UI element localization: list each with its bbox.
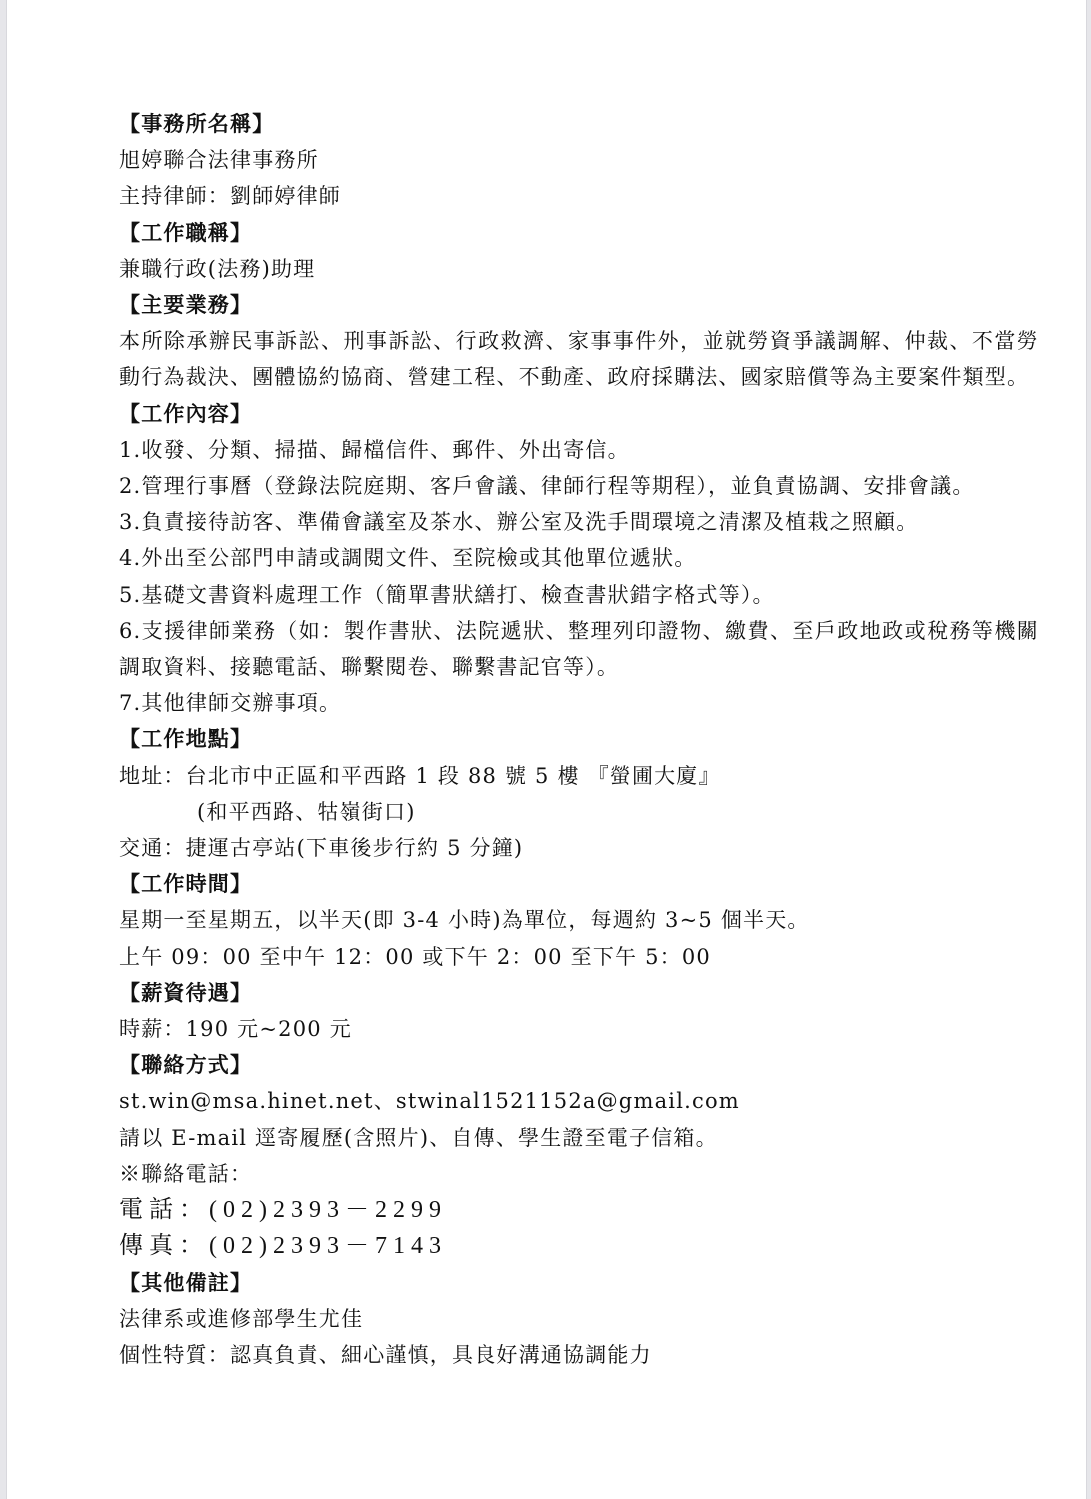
main-business-text: 本所除承辦民事訴訟、刑事訴訟、行政救濟、家事事件外，並就勞資爭議調解、仲裁、不當… (119, 323, 1039, 395)
job-duty-item: 6.支援律師業務（如：製作書狀、法院遞狀、整理列印證物、繳費、至戶政地政或稅務等… (119, 613, 1039, 685)
work-time-slots: 上午 09：00 至中午 12：00 或下午 2：00 至下午 5：00 (119, 939, 1039, 975)
heading-work-location: 【工作地點】 (119, 721, 1039, 757)
address: 地址：台北市中正區和平西路 1 段 88 號 5 樓 『螢圃大廈』 (119, 758, 1039, 794)
heading-work-hours: 【工作時間】 (119, 866, 1039, 902)
heading-main-business: 【主要業務】 (119, 287, 1039, 323)
job-duty-item: 5.基礎文書資料處理工作（簡單書狀繕打、檢查書狀錯字格式等）。 (119, 577, 1039, 613)
fax-number: 傳真：(02)2393－7143 (119, 1228, 1039, 1264)
heading-job-title: 【工作職稱】 (119, 215, 1039, 251)
job-title: 兼職行政(法務)助理 (119, 251, 1039, 287)
hourly-wage: 時薪：190 元~200 元 (119, 1011, 1039, 1047)
heading-firm-name: 【事務所名稱】 (119, 106, 1039, 142)
phone-number: 電話：(02)2393－2299 (119, 1192, 1039, 1228)
lead-attorney: 主持律師：劉師婷律師 (119, 178, 1039, 214)
document-page: 【事務所名稱】 旭婷聯合法律事務所 主持律師：劉師婷律師 【工作職稱】 兼職行政… (6, 0, 1087, 1499)
job-duty-item: 2.管理行事曆（登錄法院庭期、客戶會議、律師行程等期程），並負責協調、安排會議。 (119, 468, 1039, 504)
application-instructions: 請以 E-mail 逕寄履歷(含照片)、自傳、學生證至電子信箱。 (119, 1120, 1039, 1156)
contact-emails[interactable]: st.win@msa.hinet.net、stwinal1521152a@gma… (119, 1083, 1039, 1119)
job-posting-content: 【事務所名稱】 旭婷聯合法律事務所 主持律師：劉師婷律師 【工作職稱】 兼職行政… (119, 106, 1039, 1373)
heading-salary: 【薪資待遇】 (119, 975, 1039, 1011)
heading-job-content: 【工作內容】 (119, 396, 1039, 432)
preferred-candidates: 法律系或進修部學生尤佳 (119, 1301, 1039, 1337)
personality-traits: 個性特質：認真負責、細心謹慎，具良好溝通協調能力 (119, 1337, 1039, 1373)
job-duty-item: 3.負責接待訪客、準備會議室及茶水、辦公室及洗手間環境之清潔及植栽之照顧。 (119, 504, 1039, 540)
firm-name: 旭婷聯合法律事務所 (119, 142, 1039, 178)
heading-other-notes: 【其他備註】 (119, 1265, 1039, 1301)
job-duty-item: 7.其他律師交辦事項。 (119, 685, 1039, 721)
job-duty-item: 4.外出至公部門申請或調閱文件、至院檢或其他單位遞狀。 (119, 540, 1039, 576)
work-days: 星期一至星期五，以半天(即 3-4 小時)為單位，每週約 3~5 個半天。 (119, 902, 1039, 938)
address-cross-street: (和平西路、牯嶺街口) (119, 794, 1039, 830)
heading-contact: 【聯絡方式】 (119, 1047, 1039, 1083)
job-duty-item: 1.收發、分類、掃描、歸檔信件、郵件、外出寄信。 (119, 432, 1039, 468)
transportation: 交通：捷運古亭站(下車後步行約 5 分鐘) (119, 830, 1039, 866)
contact-phone-label: ※聯絡電話： (119, 1156, 1039, 1192)
